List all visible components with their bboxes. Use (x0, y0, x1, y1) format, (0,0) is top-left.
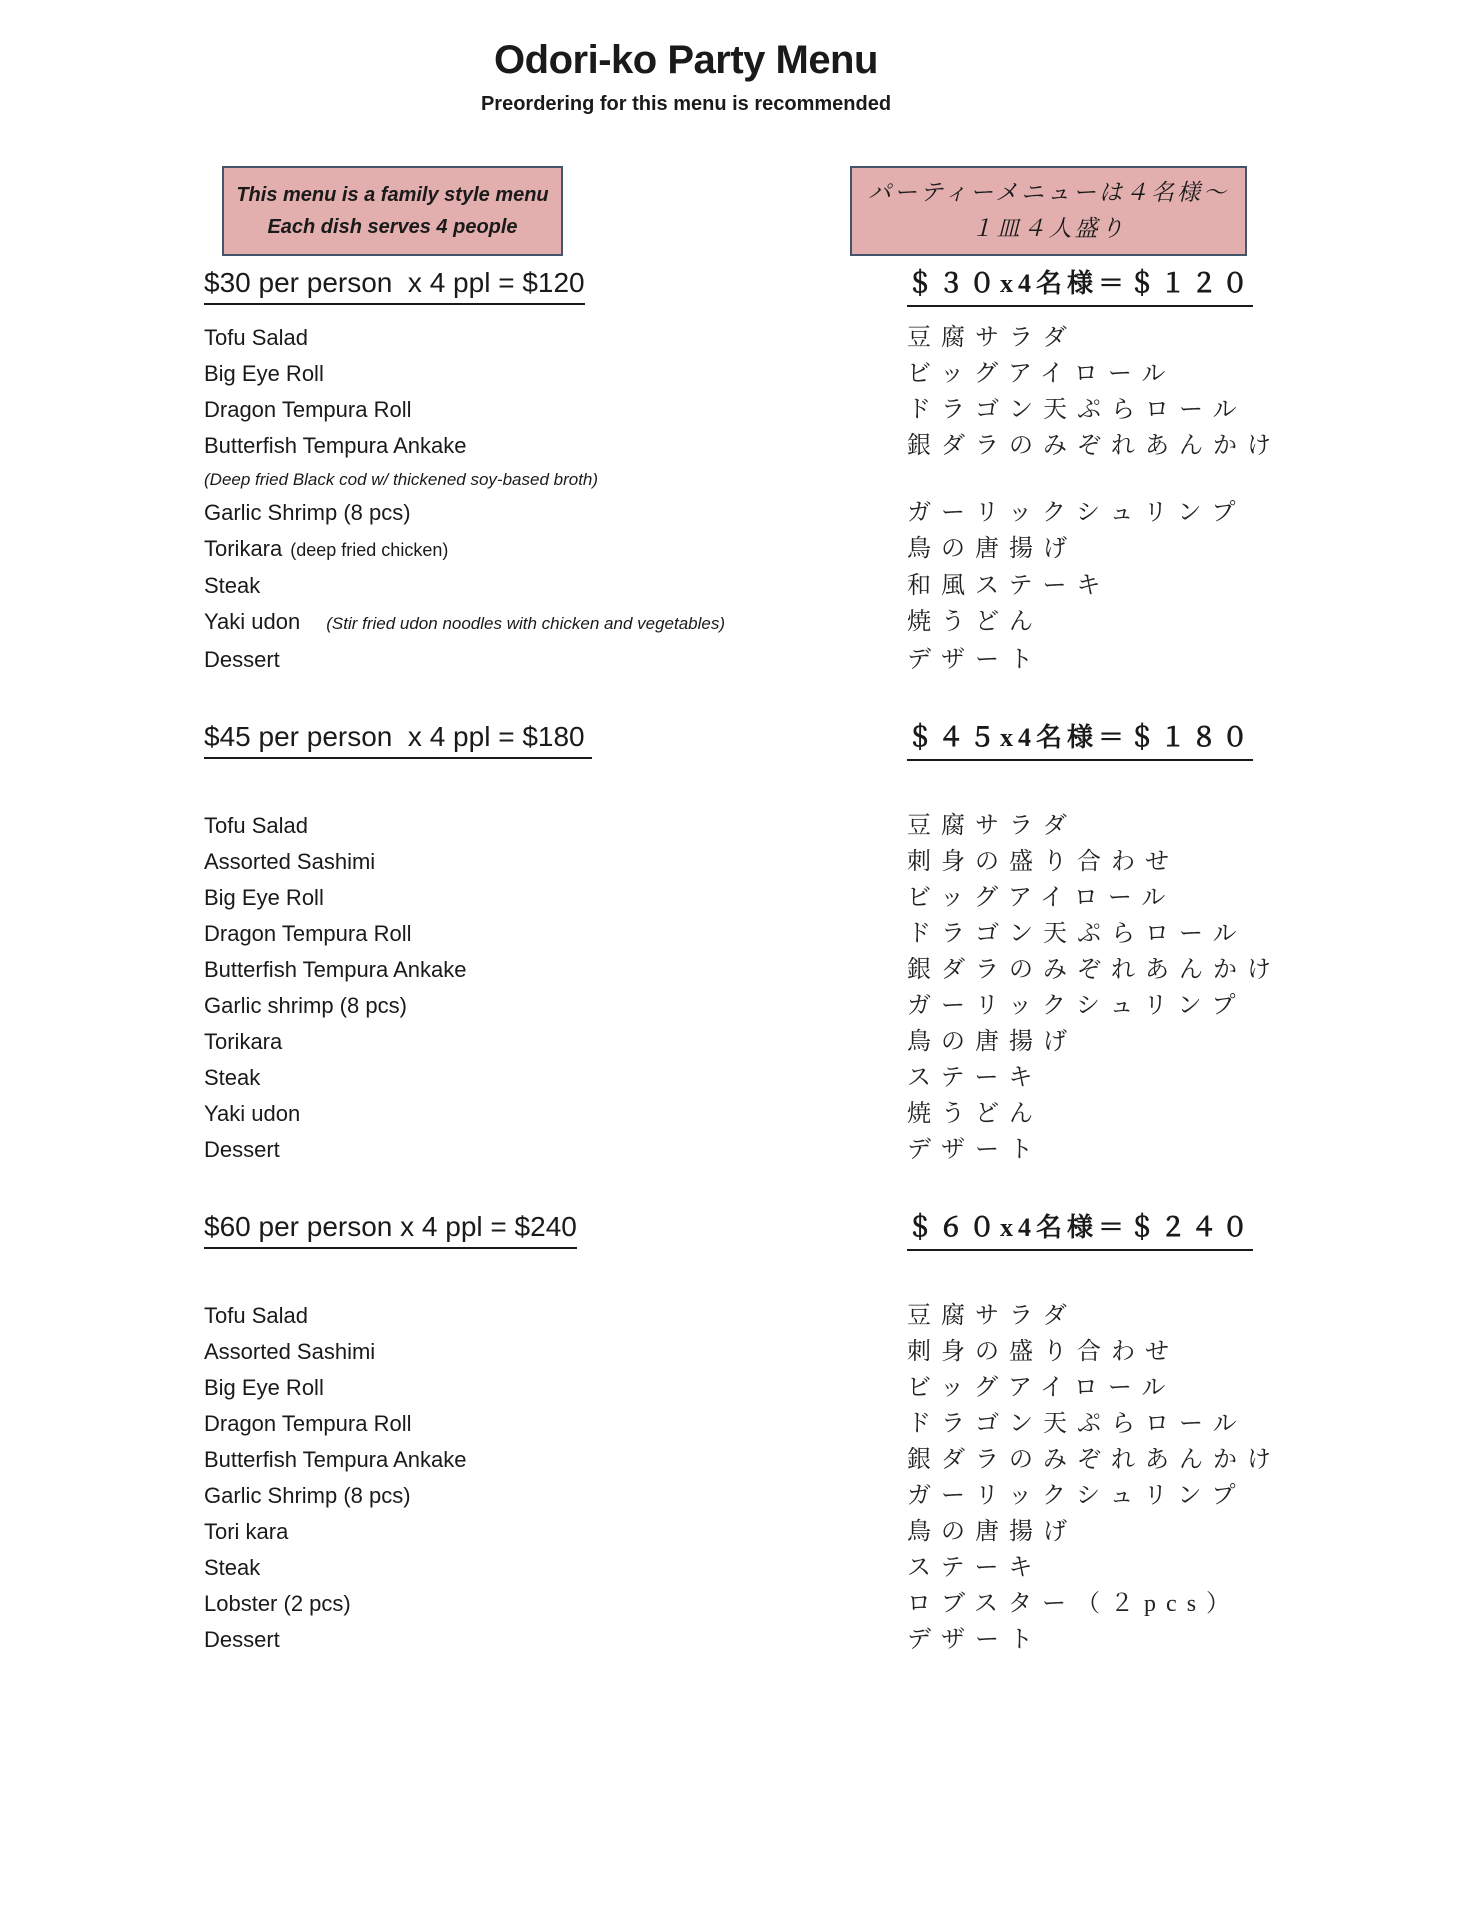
menu-item-row: Garlic Shrimp (8 pcs)ガーリックシュリンプ (204, 495, 1484, 531)
section-heading-en: $60 per person x 4 ppl = $240 (204, 1210, 577, 1249)
notice-jp-line1: パーティーメニューは４名様～ (868, 175, 1229, 211)
menu-item-en-cell: Tofu Salad (204, 1298, 907, 1334)
menu-item-en: Garlic Shrimp (8 pcs) (204, 500, 411, 525)
menu-item-row: Tofu Salad豆腐サラダ (204, 320, 1484, 356)
menu-item-row: Butterfish Tempura Ankake銀ダラのみぞれあんかけ (204, 952, 1484, 988)
menu-item-en-cell: Butterfish Tempura Ankake (204, 1442, 907, 1478)
menu-item-en-cell: Butterfish Tempura Ankake (204, 428, 907, 464)
menu-item-en-cell: Yaki udon (204, 1096, 907, 1132)
menu-item-jp: 和風ステーキ (907, 573, 1111, 599)
menu-document: Odori-ko Party Menu Preordering for this… (0, 0, 1484, 1920)
menu-item-row: Dessertデザート (204, 642, 1484, 678)
menu-item-jp-cell: ガーリックシュリンプ (907, 1478, 1484, 1514)
blank-line (204, 774, 1484, 808)
menu-item-en: Steak (204, 1555, 260, 1580)
menu-item-jp-cell: ガーリックシュリンプ (907, 988, 1484, 1024)
menu-item-row: Yaki udon焼うどん (204, 1096, 1484, 1132)
menu-item-jp-cell: 銀ダラのみぞれあんかけ (907, 952, 1484, 988)
menu-item-row: Dragon Tempura Rollドラゴン天ぷらロール (204, 392, 1484, 428)
menu-item-en-cell: Dragon Tempura Roll (204, 916, 907, 952)
menu-item-jp: 焼うどん (907, 1101, 1043, 1127)
menu-item-row: Butterfish Tempura Ankake銀ダラのみぞれあんかけ (204, 1442, 1484, 1478)
menu-item-en: Tofu Salad (204, 325, 308, 350)
menu-item-row: Dragon Tempura Rollドラゴン天ぷらロール (204, 1406, 1484, 1442)
menu-item-jp-cell: 刺身の盛り合わせ (907, 844, 1484, 880)
menu-item-jp-cell: デザート (907, 1622, 1484, 1658)
menu-item-jp: 刺身の盛り合わせ (907, 1339, 1179, 1365)
menu-item-en-cell: Dessert (204, 1132, 907, 1168)
menu-item-note: (Stir fried udon noodles with chicken an… (326, 614, 725, 633)
document-header: Odori-ko Party Menu Preordering for this… (0, 36, 1372, 116)
menu-item-jp-cell: ガーリックシュリンプ (907, 495, 1484, 531)
menu-item-jp-cell: 豆腐サラダ (907, 1298, 1484, 1334)
menu-item-row: Torikara(deep fried chicken)鳥の唐揚げ (204, 531, 1484, 568)
notice-jp-line2: １皿４人盛り (971, 211, 1127, 247)
menu-item-en: Tofu Salad (204, 1303, 308, 1328)
blank-line (204, 1264, 1484, 1298)
menu-item-jp: 焼うどん (907, 609, 1043, 635)
menu-item-jp-cell: 豆腐サラダ (907, 320, 1484, 356)
menu-item-row: Garlic shrimp (8 pcs)ガーリックシュリンプ (204, 988, 1484, 1024)
menu-item-jp: ドラゴン天ぷらロール (907, 921, 1247, 947)
menu-item-jp-cell: ロブスター（２pcs） (907, 1586, 1484, 1622)
menu-item-en: Torikara (204, 536, 282, 561)
section-heading-row: $30 per person x 4 ppl = $120＄３０x4名様＝＄１２… (204, 266, 1484, 307)
menu-item-jp-cell: ドラゴン天ぷらロール (907, 392, 1484, 428)
menu-item-jp: ガーリックシュリンプ (907, 500, 1246, 526)
menu-item-jp: 豆腐サラダ (907, 1303, 1077, 1329)
notice-en-line2: Each dish serves 4 people (267, 211, 517, 243)
menu-item-jp: ドラゴン天ぷらロール (907, 1411, 1247, 1437)
section-heading-en-cell: $60 per person x 4 ppl = $240 (204, 1210, 907, 1249)
menu-item-en-cell: Dragon Tempura Roll (204, 1406, 907, 1442)
menu-item-en: Lobster (2 pcs) (204, 1591, 351, 1616)
menu-item-jp: デザート (907, 1627, 1043, 1653)
menu-item-jp: ドラゴン天ぷらロール (907, 397, 1247, 423)
section-heading-en-cell: $30 per person x 4 ppl = $120 (204, 266, 907, 305)
menu-item-jp-cell: 焼うどん (907, 1096, 1484, 1132)
menu-item-en-cell: Steak (204, 1060, 907, 1096)
menu-item-row: Butterfish Tempura Ankake銀ダラのみぞれあんかけ (204, 428, 1484, 464)
menu-item-row: Tofu Salad豆腐サラダ (204, 808, 1484, 844)
menu-sections: $30 per person x 4 ppl = $120＄３０x4名様＝＄１２… (204, 266, 1484, 1658)
menu-item-row: Dragon Tempura Rollドラゴン天ぷらロール (204, 916, 1484, 952)
menu-item-row: Steak和風ステーキ (204, 568, 1484, 604)
menu-item-en: Tori kara (204, 1519, 288, 1544)
menu-item-en: Big Eye Roll (204, 1375, 324, 1400)
menu-item-en-cell: (Deep fried Black cod w/ thickened soy-b… (204, 464, 907, 495)
menu-item-jp-cell: ステーキ (907, 1060, 1484, 1096)
menu-item-jp: 刺身の盛り合わせ (907, 849, 1179, 875)
menu-item-row: Assorted Sashimi刺身の盛り合わせ (204, 844, 1484, 880)
menu-item-row: Torikara鳥の唐揚げ (204, 1024, 1484, 1060)
section-heading-en-cell: $45 per person x 4 ppl = $180 (204, 720, 907, 759)
menu-item-jp: 豆腐サラダ (907, 813, 1077, 839)
menu-item-jp: デザート (907, 647, 1043, 673)
menu-item-en-cell: Butterfish Tempura Ankake (204, 952, 907, 988)
menu-item-jp-cell: デザート (907, 642, 1484, 678)
menu-item-en: Yaki udon (204, 1101, 300, 1126)
menu-item-en: Garlic Shrimp (8 pcs) (204, 1483, 411, 1508)
menu-item-jp-cell: ビッグアイロール (907, 1370, 1484, 1406)
menu-item-en-cell: Torikara (204, 1024, 907, 1060)
menu-item-jp: ガーリックシュリンプ (907, 1483, 1246, 1509)
menu-item-en-cell: Tori kara (204, 1514, 907, 1550)
menu-item-row: Big Eye Rollビッグアイロール (204, 880, 1484, 916)
menu-item-en: Dessert (204, 1137, 280, 1162)
menu-item-row: Big Eye Rollビッグアイロール (204, 1370, 1484, 1406)
menu-item-en: Assorted Sashimi (204, 1339, 375, 1364)
menu-item-en-cell: Dragon Tempura Roll (204, 392, 907, 428)
menu-item-jp: 鳥の唐揚げ (907, 1029, 1077, 1055)
menu-item-en: Garlic shrimp (8 pcs) (204, 993, 407, 1018)
section-heading-jp: ＄４５x4名様＝＄１８０ (907, 721, 1253, 761)
page-subtitle: Preordering for this menu is recommended (0, 92, 1372, 116)
menu-item-note: (deep fried chicken) (290, 540, 448, 560)
menu-item-jp: 銀ダラのみぞれあんかけ (907, 433, 1281, 459)
menu-item-en: Dragon Tempura Roll (204, 1411, 411, 1436)
menu-item-row: Lobster (2 pcs)ロブスター（２pcs） (204, 1586, 1484, 1622)
menu-item-en: Torikara (204, 1029, 282, 1054)
menu-item-en: Butterfish Tempura Ankake (204, 433, 467, 458)
page-title: Odori-ko Party Menu (0, 36, 1372, 84)
menu-item-jp: 鳥の唐揚げ (907, 1519, 1077, 1545)
menu-item-jp-cell: 鳥の唐揚げ (907, 531, 1484, 567)
menu-item-jp-cell: デザート (907, 1132, 1484, 1168)
section-heading-jp: ＄３０x4名様＝＄１２０ (907, 267, 1253, 307)
menu-item-en-cell: Garlic Shrimp (8 pcs) (204, 495, 907, 531)
menu-item-en-cell: Dessert (204, 642, 907, 678)
notice-box-japanese: パーティーメニューは４名様～ １皿４人盛り (850, 166, 1247, 256)
menu-item-jp-cell: 銀ダラのみぞれあんかけ (907, 1442, 1484, 1478)
menu-item-jp: ビッグアイロール (907, 1375, 1175, 1401)
menu-item-en: Big Eye Roll (204, 885, 324, 910)
menu-item-en-cell: Torikara(deep fried chicken) (204, 531, 907, 568)
menu-item-en-cell: Assorted Sashimi (204, 1334, 907, 1370)
section-heading-row: $60 per person x 4 ppl = $240＄６０x4名様＝＄２４… (204, 1210, 1484, 1251)
menu-item-jp-cell: ドラゴン天ぷらロール (907, 916, 1484, 952)
menu-item-jp: 銀ダラのみぞれあんかけ (907, 957, 1281, 983)
menu-item-en: Steak (204, 573, 260, 598)
menu-item-row: Tofu Salad豆腐サラダ (204, 1298, 1484, 1334)
menu-item-jp: 銀ダラのみぞれあんかけ (907, 1447, 1281, 1473)
menu-item-en-cell: Assorted Sashimi (204, 844, 907, 880)
notice-en-line1: This menu is a family style menu (236, 179, 548, 211)
menu-item-en: Dessert (204, 647, 280, 672)
section-heading-row: $45 per person x 4 ppl = $180 ＄４５x4名様＝＄１… (204, 720, 1484, 761)
menu-section: $45 per person x 4 ppl = $180 ＄４５x4名様＝＄１… (204, 720, 1484, 1168)
menu-item-en-cell: Steak (204, 568, 907, 604)
section-heading-en: $45 per person x 4 ppl = $180 (204, 720, 592, 759)
menu-item-jp-cell: 豆腐サラダ (907, 808, 1484, 844)
menu-item-jp: ガーリックシュリンプ (907, 993, 1246, 1019)
menu-item-row: Dessertデザート (204, 1132, 1484, 1168)
section-heading-jp-cell: ＄３０x4名様＝＄１２０ (907, 267, 1484, 307)
menu-item-en-cell: Dessert (204, 1622, 907, 1658)
menu-item-note-line: (Deep fried Black cod w/ thickened soy-b… (204, 470, 598, 489)
menu-item-jp: 鳥の唐揚げ (907, 536, 1077, 562)
menu-section: $60 per person x 4 ppl = $240＄６０x4名様＝＄２４… (204, 1210, 1484, 1658)
menu-item-jp: ステーキ (907, 1555, 1043, 1581)
menu-item-jp-cell: ドラゴン天ぷらロール (907, 1406, 1484, 1442)
menu-item-row: Yaki udon(Stir fried udon noodles with c… (204, 604, 1484, 642)
menu-item-en: Butterfish Tempura Ankake (204, 957, 467, 982)
menu-item-jp-cell: ステーキ (907, 1550, 1484, 1586)
menu-item-en: Butterfish Tempura Ankake (204, 1447, 467, 1472)
menu-item-jp: 豆腐サラダ (907, 325, 1077, 351)
menu-section: $30 per person x 4 ppl = $120＄３０x4名様＝＄１２… (204, 266, 1484, 678)
menu-item-jp-cell: 刺身の盛り合わせ (907, 1334, 1484, 1370)
menu-item-row: Steakステーキ (204, 1060, 1484, 1096)
menu-item-en-cell: Lobster (2 pcs) (204, 1586, 907, 1622)
menu-item-en-cell: Tofu Salad (204, 320, 907, 356)
notice-box-english: This menu is a family style menu Each di… (222, 166, 563, 256)
section-heading-jp-cell: ＄６０x4名様＝＄２４０ (907, 1211, 1484, 1251)
menu-item-jp-cell: 銀ダラのみぞれあんかけ (907, 428, 1484, 464)
menu-item-en: Big Eye Roll (204, 361, 324, 386)
menu-item-row: Tori kara鳥の唐揚げ (204, 1514, 1484, 1550)
menu-item-jp-cell: ビッグアイロール (907, 356, 1484, 392)
menu-item-en: Yaki udon (204, 609, 300, 634)
menu-item-row: Assorted Sashimi刺身の盛り合わせ (204, 1334, 1484, 1370)
menu-item-en: Tofu Salad (204, 813, 308, 838)
section-heading-jp-cell: ＄４５x4名様＝＄１８０ (907, 721, 1484, 761)
menu-note-row: (Deep fried Black cod w/ thickened soy-b… (204, 464, 1484, 495)
section-heading-en: $30 per person x 4 ppl = $120 (204, 266, 585, 305)
menu-item-jp: ロブスター（２pcs） (907, 1591, 1240, 1617)
notice-row: This menu is a family style menu Each di… (0, 166, 1484, 256)
menu-item-en: Dessert (204, 1627, 280, 1652)
menu-item-jp-cell: 和風ステーキ (907, 568, 1484, 604)
menu-item-row: Garlic Shrimp (8 pcs)ガーリックシュリンプ (204, 1478, 1484, 1514)
menu-item-jp-cell: 焼うどん (907, 604, 1484, 640)
menu-item-row: Steakステーキ (204, 1550, 1484, 1586)
menu-item-jp-cell: 鳥の唐揚げ (907, 1024, 1484, 1060)
menu-item-jp: ビッグアイロール (907, 885, 1175, 911)
menu-item-en: Dragon Tempura Roll (204, 921, 411, 946)
menu-item-en: Steak (204, 1065, 260, 1090)
menu-item-jp: デザート (907, 1137, 1043, 1163)
menu-item-en-cell: Steak (204, 1550, 907, 1586)
menu-item-jp: ビッグアイロール (907, 361, 1175, 387)
menu-item-en-cell: Big Eye Roll (204, 880, 907, 916)
menu-item-en-cell: Garlic shrimp (8 pcs) (204, 988, 907, 1024)
menu-item-row: Big Eye Rollビッグアイロール (204, 356, 1484, 392)
menu-item-en-cell: Tofu Salad (204, 808, 907, 844)
menu-item-en: Assorted Sashimi (204, 849, 375, 874)
menu-item-en-cell: Big Eye Roll (204, 1370, 907, 1406)
menu-item-row: Dessertデザート (204, 1622, 1484, 1658)
menu-item-en: Dragon Tempura Roll (204, 397, 411, 422)
menu-item-jp-cell: ビッグアイロール (907, 880, 1484, 916)
menu-item-jp: ステーキ (907, 1065, 1043, 1091)
menu-item-en-cell: Garlic Shrimp (8 pcs) (204, 1478, 907, 1514)
section-heading-jp: ＄６０x4名様＝＄２４０ (907, 1211, 1253, 1251)
menu-item-jp-cell: 鳥の唐揚げ (907, 1514, 1484, 1550)
menu-item-en-cell: Yaki udon(Stir fried udon noodles with c… (204, 604, 907, 642)
menu-item-en-cell: Big Eye Roll (204, 356, 907, 392)
